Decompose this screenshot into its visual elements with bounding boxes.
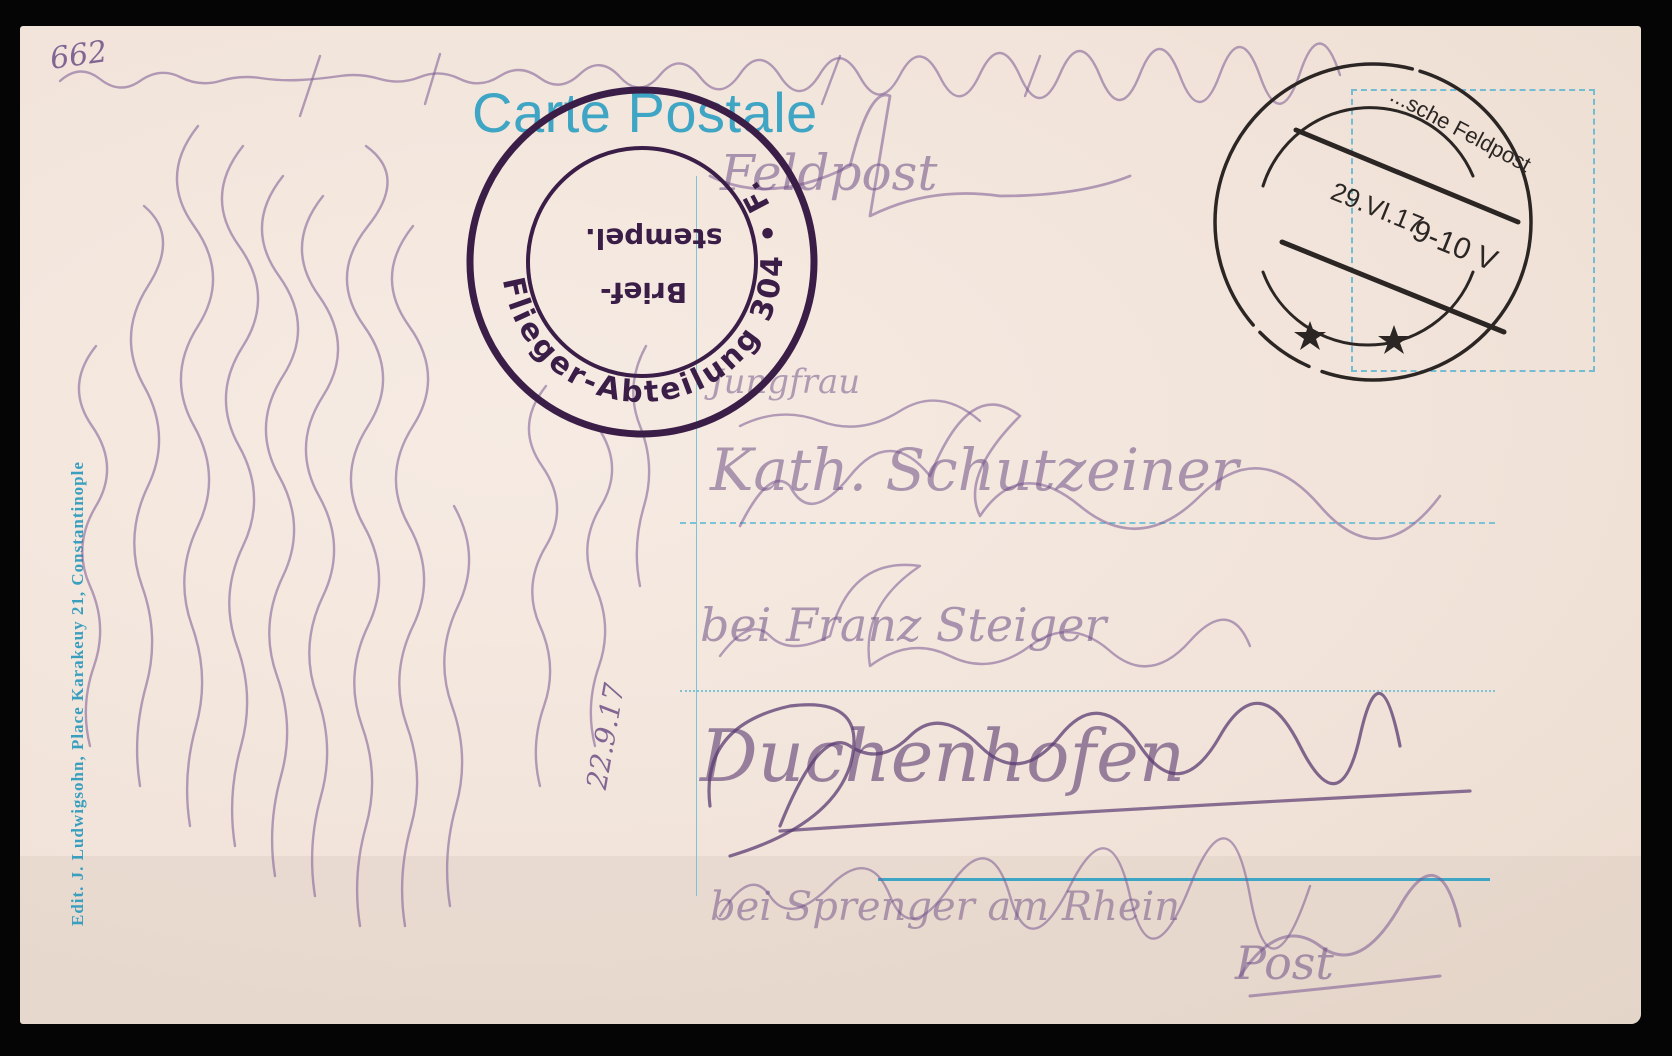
feldpost-postmark: [20, 26, 1641, 1024]
postcard: Carte Postale Edit. J. Ludwigsohn, Place…: [20, 26, 1641, 1024]
